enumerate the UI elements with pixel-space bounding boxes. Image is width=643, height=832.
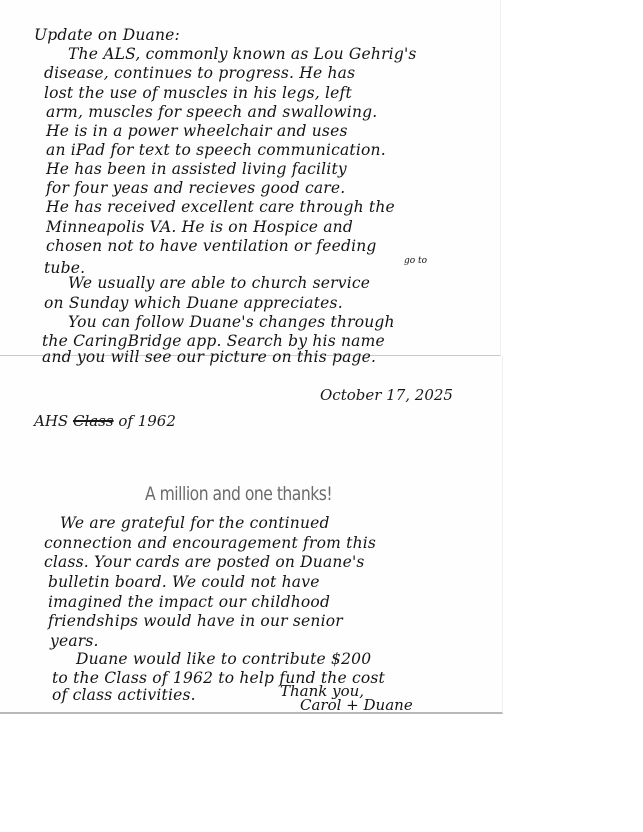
- update-line: lost the use of muscles in his legs, lef…: [44, 84, 352, 102]
- card-line: class. Your cards are posted on Duane's: [44, 553, 365, 571]
- update-line: We usually are able to church service: [68, 274, 370, 292]
- update-line: on Sunday which Duane appreciates.: [44, 294, 343, 312]
- addressee-prefix: AHS: [34, 412, 73, 430]
- update-line: and you will see our picture on this pag…: [42, 348, 376, 366]
- card-line: imagined the impact our childhood: [48, 593, 330, 611]
- signature: Carol + Duane: [300, 696, 413, 714]
- update-line: The ALS, commonly known as Lou Gehrig's: [68, 45, 417, 63]
- printed-card-title: A million and one thanks!: [145, 483, 332, 505]
- addressee-suffix: of 1962: [114, 412, 176, 430]
- update-line: arm, muscles for speech and swallowing.: [46, 103, 377, 121]
- update-line: You can follow Duane's changes through: [68, 313, 395, 331]
- card-line: connection and encouragement from this: [44, 534, 376, 552]
- card-line: Duane would like to contribute $200: [76, 650, 371, 668]
- card-addressee: AHS Class of 1962: [34, 412, 176, 430]
- card-date: October 17, 2025: [320, 386, 453, 404]
- card-line: of class activities.: [52, 686, 196, 704]
- update-line: He has been in assisted living facility: [46, 160, 347, 178]
- insertion-note: go to: [404, 256, 427, 266]
- card-line: We are grateful for the continued: [60, 514, 330, 532]
- card-line: bulletin board. We could not have: [48, 573, 320, 591]
- update-heading: Update on Duane:: [34, 26, 180, 44]
- update-line: an iPad for text to speech communication…: [46, 141, 386, 159]
- update-line: Minneapolis VA. He is on Hospice and: [46, 218, 353, 236]
- update-line: for four yeas and recieves good care.: [46, 179, 345, 197]
- update-line: He has received excellent care through t…: [46, 198, 395, 216]
- update-line: chosen not to have ventilation or feedin…: [46, 237, 377, 255]
- update-line: He is in a power wheelchair and uses: [46, 122, 348, 140]
- update-line: disease, continues to progress. He has: [44, 64, 355, 82]
- addressee-struck-word: Class: [73, 412, 114, 430]
- card-line: years.: [50, 632, 99, 650]
- card-line: friendships would have in our senior: [48, 612, 343, 630]
